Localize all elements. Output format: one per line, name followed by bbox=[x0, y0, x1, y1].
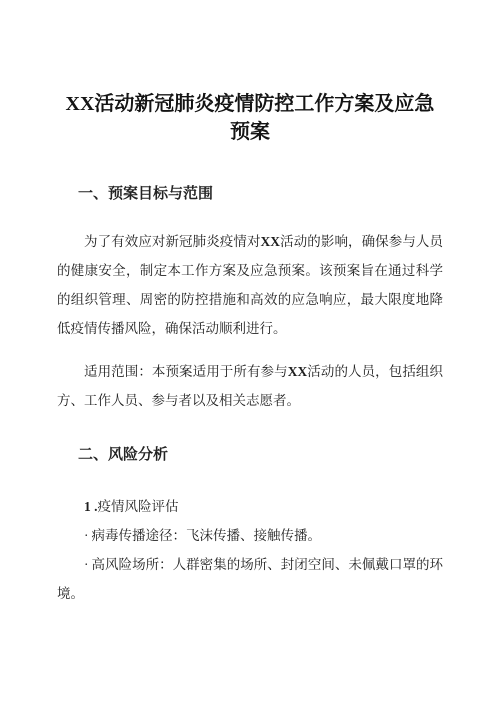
paragraph-purpose-text-pre: 为了有效应对新冠肺炎疫情对 bbox=[84, 234, 261, 249]
section-heading-goals-scope: 一、预案目标与范围 bbox=[57, 183, 443, 204]
paragraph-purpose: 为了有效应对新冠肺炎疫情对XX活动的影响，确保参与人员的健康安全，制定本工作方案… bbox=[57, 227, 443, 343]
list-item-transmission: ·病毒传播途径：飞沫传播、接触传播。 bbox=[57, 521, 443, 550]
list-title-text: 疫情风险评估 bbox=[98, 499, 179, 514]
placeholder-xx: XX bbox=[261, 234, 281, 249]
section-heading-risk-analysis: 二、风险分析 bbox=[57, 444, 443, 465]
paragraph-scope-text-pre: 适用范围：本预案适用于所有参与 bbox=[84, 364, 288, 379]
list-item-text: 高风险场所：人群密集的场所、封闭空间、未佩戴口罩的环境。 bbox=[57, 557, 443, 601]
bullet-icon: · bbox=[84, 528, 89, 543]
document-title: XX活动新冠肺炎疫情防控工作方案及应急预案 bbox=[57, 90, 443, 146]
list-item-text: 病毒传播途径：飞沫传播、接触传播。 bbox=[92, 528, 322, 543]
placeholder-xx: XX bbox=[288, 364, 308, 379]
paragraph-scope: 适用范围：本预案适用于所有参与XX活动的人员，包括组织方、工作人员、参与者以及相… bbox=[57, 357, 443, 415]
paragraph-purpose-text-post: 活动的影响，确保参与人员的健康安全，制定本工作方案及应急预案。该预案旨在通过科学… bbox=[57, 234, 443, 336]
list-number: 1 . bbox=[84, 499, 98, 514]
document-page: XX活动新冠肺炎疫情防控工作方案及应急预案 一、预案目标与范围 为了有效应对新冠… bbox=[0, 0, 500, 707]
list-title-risk-assessment: 1 .疫情风险评估 bbox=[57, 492, 443, 521]
list-item-high-risk-places: ·高风险场所：人群密集的场所、封闭空间、未佩戴口罩的环境。 bbox=[57, 550, 443, 608]
bullet-icon: · bbox=[84, 557, 89, 572]
